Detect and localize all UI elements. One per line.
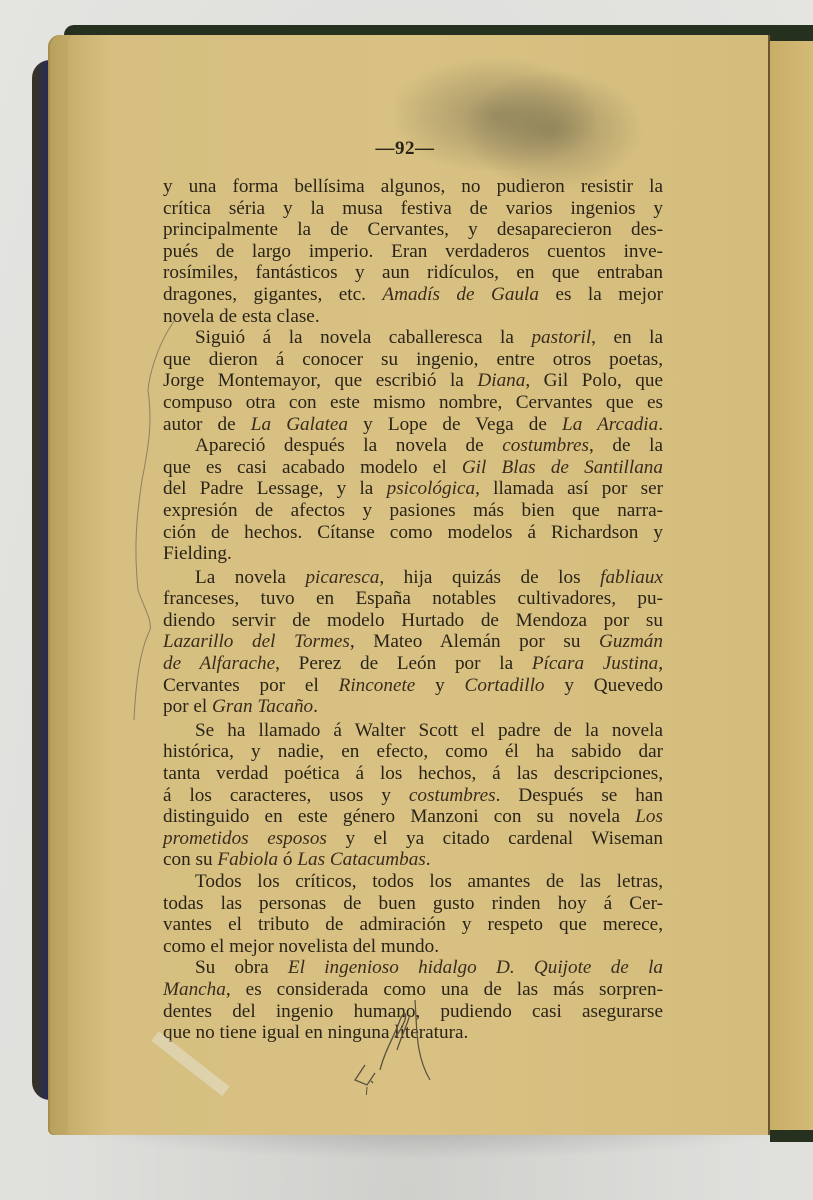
paragraph-7: Su obra El ingenioso hidalgo D. Quijote … [163,957,663,1043]
text-line: Su obra El ingenioso hidalgo D. Quijote … [163,957,663,979]
text-line: ción de hechos. Cítanse como modelos á R… [163,522,663,544]
text-line: Jorge Montemayor, que escribió la Diana,… [163,370,663,392]
text-line: novela de esta clase. [163,306,663,328]
text-line: histórica, y nadie, en efecto, como él h… [163,741,663,763]
text-line: compuso otra con este mismo nombre, Cerv… [163,392,663,414]
text-line: prometidos esposos y el ya citado carden… [163,828,663,850]
text-line: tanta verdad poética á los hechos, á las… [163,763,663,785]
text-line: de Alfarache, Perez de León por la Pícar… [163,653,663,675]
paragraph-6: Todos los críticos, todos los amantes de… [163,871,663,957]
facing-cover-bottom [770,1130,813,1142]
text-line: que no tiene igual en ninguna literatura… [163,1022,663,1044]
text-line: como el mejor novelista del mundo. [163,936,663,958]
paragraph-2: Siguió á la novela caballeresca la pasto… [163,327,663,435]
text-line: La novela picaresca, hija quizás de los … [163,567,663,589]
text-line: pués de largo imperio. Eran verdaderos c… [163,241,663,263]
text-line: y una forma bellísima algunos, no pudier… [163,176,663,198]
text-line: autor de La Galatea y Lope de Vega de La… [163,414,663,436]
text-line: distinguido en este género Manzoni con s… [163,806,663,828]
text-line: todas las personas de buen gusto rinden … [163,893,663,915]
text-line: dragones, gigantes, etc. Amadís de Gaula… [163,284,663,306]
text-line: Mancha, es considerada como una de las m… [163,979,663,1001]
text-line: Todos los críticos, todos los amantes de… [163,871,663,893]
text-line: Fielding. [163,543,663,565]
paragraph-3: Apareció después la novela de costumbres… [163,435,663,565]
text-line: Cervantes por el Rinconete y Cortadillo … [163,675,663,697]
text-line: Siguió á la novela caballeresca la pasto… [163,327,663,349]
text-line: Lazarillo del Tormes, Mateo Alemán por s… [163,631,663,653]
text-line: diendo servir de modelo Hurtado de Mendo… [163,610,663,632]
text-line: Apareció después la novela de costumbres… [163,435,663,457]
text-line: por el Gran Tacaño. [163,696,663,718]
text-line: que dieron á conocer su ingenio, entre o… [163,349,663,371]
text-line: vantes el tributo de admiración y respet… [163,914,663,936]
text-line: rosímiles, fantásticos y aun ridículos, … [163,262,663,284]
text-line: franceses, tuvo en España notables culti… [163,588,663,610]
page-body-text: y una forma bellísima algunos, no pudier… [163,176,663,1044]
text-line: crítica séria y la musa festiva de vario… [163,198,663,220]
text-line: del Padre Lessage, y la psicológica, lla… [163,478,663,500]
text-line: á los caracteres, usos y costumbres. Des… [163,785,663,807]
text-line: con su Fabiola ó Las Catacumbas. [163,849,663,871]
text-line: principalmente la de Cervantes, y desapa… [163,219,663,241]
text-line: dentes del ingenio humano, pudiendo casi… [163,1001,663,1023]
text-line: que es casi acabado modelo el Gil Blas d… [163,457,663,479]
text-line: Se ha llamado á Walter Scott el padre de… [163,720,663,742]
paragraph-5: Se ha llamado á Walter Scott el padre de… [163,720,663,871]
page-number: —92— [0,138,810,160]
text-line: expresión de afectos y pasiones más bien… [163,500,663,522]
paragraph-1: y una forma bellísima algunos, no pudier… [163,176,663,327]
facing-page-edge [770,38,813,1136]
paragraph-4: La novela picaresca, hija quizás de los … [163,567,663,718]
